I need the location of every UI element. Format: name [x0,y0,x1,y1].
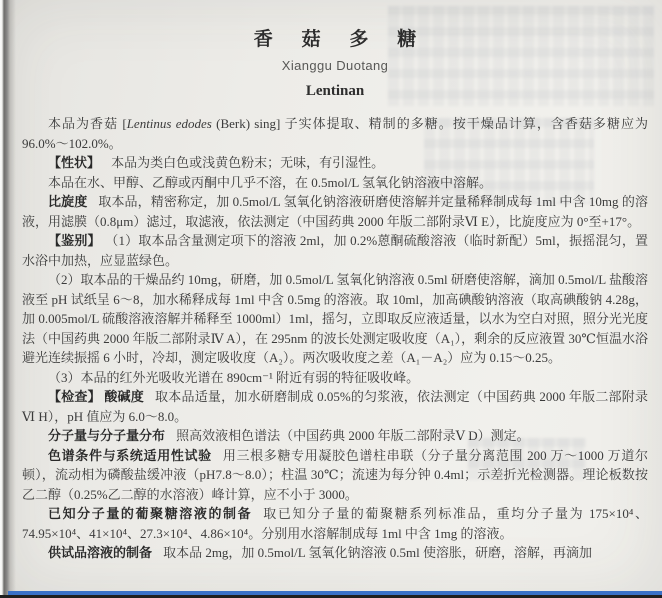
title-block: 香 菇 多 糖 Xianggu Duotang Lentinan [22,24,648,100]
paragraph-chromatography-conditions: 色谱条件与系统适用性试验用三根多糖专用凝胶色谱柱串联（分子量分离范围 200 万… [22,446,648,505]
paragraph-identification-1: 【鉴别】（1）取本品含量测定项下的溶液 2ml，加 0.2%蒽酮硫酸溶液（临时新… [22,231,648,270]
page-title-pinyin: Xianggu Duotang [22,58,648,73]
intro-text: 本品为香菇 [ [48,116,127,131]
paragraph-description: 【性状】本品为类白色或浅黄色粉末；无味，有引湿性。 [22,153,648,173]
book-gutter-shadow [0,0,16,598]
scanned-monograph-page: 香 菇 多 糖 Xianggu Duotang Lentinan 本品为香菇 [… [0,0,662,598]
section-label: 色谱条件与系统适用性试验 [48,448,212,463]
section-label: 【检查】 酸碱度 [48,389,144,404]
paragraph-text: （3）本品的红外光吸收光谱在 890cm⁻¹ 附近有弱的特征吸收峰。 [48,370,419,385]
section-label: 分子量与分子量分布 [48,428,165,443]
paragraph-text: 取本品 2mg，加 0.5mol/L 氢氧化钠溶液 0.5ml 使溶胀，研磨，溶… [163,545,592,560]
latin-species-name: Lentinus edodes [127,116,212,131]
paragraph-dextran-standards: 已知分子量的葡聚糖溶液的制备取已知分子量的葡聚糖系列标准品，重均分子量为 175… [22,504,648,543]
paragraph-text: 取本品，精密称定，加 0.5mol/L 氢氧化钠溶液研磨使溶解并定量稀释制成每 … [22,194,648,229]
paragraph-text: （2）取本品的干燥品约 10mg，研磨，加 0.5mol/L 氢氧化钠溶液 0.… [22,272,648,365]
paragraph-molecular-weight: 分子量与分子量分布照高效液相色谱法（中国药典 2000 年版二部附录Ⅴ D）测定… [22,426,648,446]
paragraph-text: 照高效液相色谱法（中国药典 2000 年版二部附录Ⅴ D）测定。 [176,428,530,443]
section-label: 【鉴别】 [48,233,101,248]
page-content: 香 菇 多 糖 Xianggu Duotang Lentinan 本品为香菇 [… [22,12,648,563]
page-title-english: Lentinan [22,83,648,100]
section-label: 供试品溶液的制备 [48,545,152,560]
section-label: 比旋度 [48,194,87,209]
section-label: 【性状】 [48,155,100,170]
paragraph-solubility: 本品在水、甲醇、乙醇或丙酮中几乎不溶，在 0.5mol/L 氢氧化钠溶液中溶解。 [22,173,648,193]
intro-paragraph: 本品为香菇 [Lentinus edodes (Berk) sing] 子实体提… [22,114,648,153]
paragraph-text: 本品在水、甲醇、乙醇或丙酮中几乎不溶，在 0.5mol/L 氢氧化钠溶液中溶解。 [48,175,492,190]
paragraph-specific-rotation: 比旋度取本品，精密称定，加 0.5mol/L 氢氧化钠溶液研磨使溶解并定量稀释制… [22,192,648,231]
monograph-body: 本品为香菇 [Lentinus edodes (Berk) sing] 子实体提… [22,114,648,563]
paragraph-test-solution: 供试品溶液的制备取本品 2mg，加 0.5mol/L 氢氧化钠溶液 0.5ml … [22,543,648,563]
section-label: 已知分子量的葡聚糖溶液的制备 [48,506,252,521]
paragraph-identification-2: （2）取本品的干燥品约 10mg，研磨，加 0.5mol/L 氢氧化钠溶液 0.… [22,270,648,368]
paragraph-text: （1）取本品含量测定项下的溶液 2ml，加 0.2%蒽酮硫酸溶液（临时新配）5m… [22,233,648,268]
paragraph-identification-3: （3）本品的红外光吸收光谱在 890cm⁻¹ 附近有弱的特征吸收峰。 [22,368,648,388]
paragraph-acidity-check: 【检查】 酸碱度取本品适量，加水研磨制成 0.05%的匀浆液，依法测定（中国药典… [22,387,648,426]
paragraph-text: 本品为类白色或浅黄色粉末；无味，有引湿性。 [111,155,384,170]
page-title: 香 菇 多 糖 [22,24,660,51]
